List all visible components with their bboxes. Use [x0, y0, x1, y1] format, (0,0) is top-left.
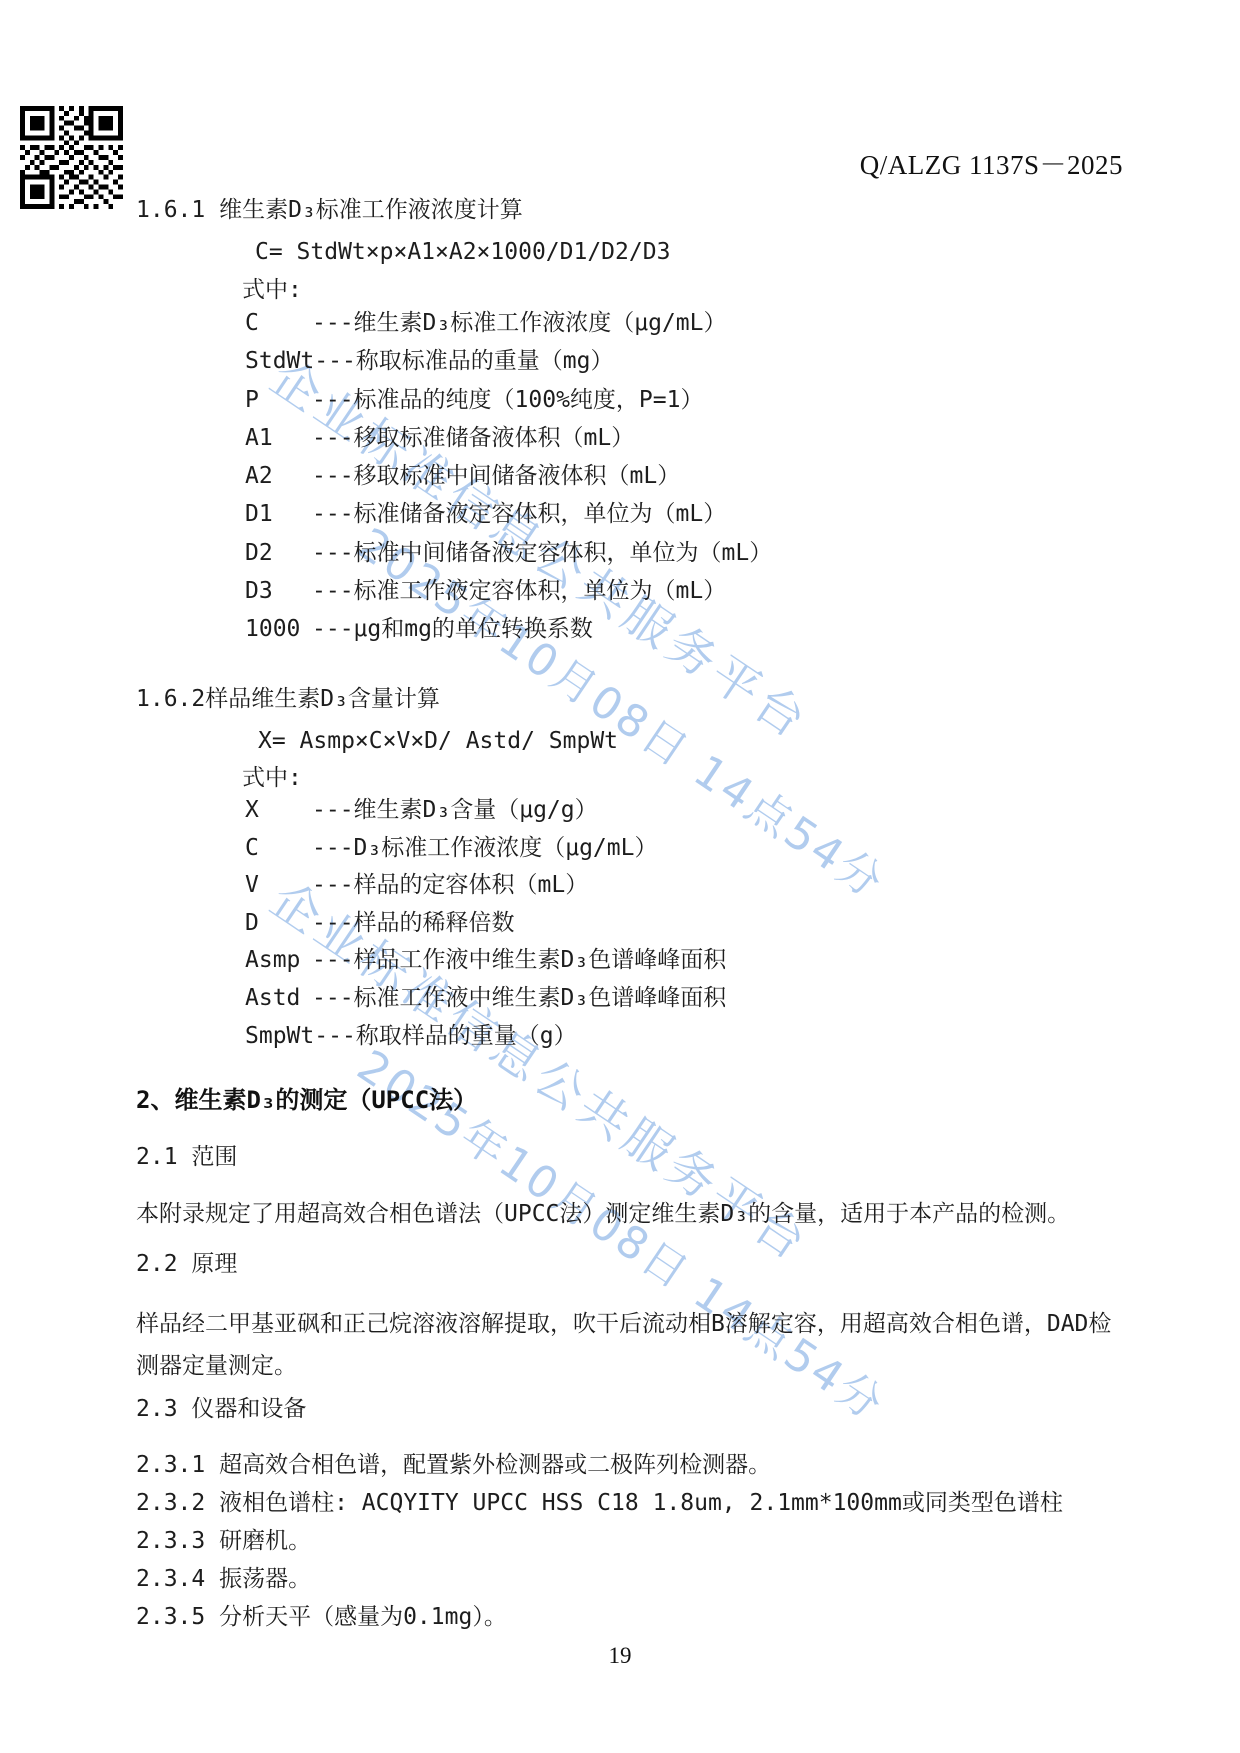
page-number: 19 [0, 1643, 1240, 1669]
definition-term: A2 [245, 457, 312, 495]
definition-term: StdWt [245, 342, 314, 380]
definition-term: C [245, 304, 312, 342]
definition-row: Astd---标准工作液中维生素D₃色谱峰峰面积 [245, 980, 726, 1018]
section-23-item: 2.3.2 液相色谱柱: ACQYITY UPCC HSS C18 1.8um,… [136, 1484, 1136, 1522]
definition-desc: ---标准工作液中维生素D₃色谱峰峰面积 [312, 985, 726, 1011]
section-162-definition-list: X---维生素D₃含量（μg/g） C---D₃标准工作液浓度（μg/mL） V… [245, 792, 726, 1055]
definition-desc: ---样品工作液中维生素D₃色谱峰峰面积 [312, 947, 726, 973]
section-23-item: 2.3.4 振荡器。 [136, 1560, 1136, 1598]
section-21-text: 本附录规定了用超高效合相色谱法（UPCC法）测定维生素D₃的含量，适用于本产品的… [136, 1193, 1126, 1235]
definition-row: 1000---μg和mg的单位转换系数 [245, 610, 772, 648]
definition-row: X---维生素D₃含量（μg/g） [245, 792, 726, 830]
definition-desc: ---移取标准中间储备液体积（mL） [312, 463, 680, 489]
definition-term: Asmp [245, 942, 312, 980]
definition-row: Asmp---样品工作液中维生素D₃色谱峰峰面积 [245, 942, 726, 980]
definition-row: A2---移取标准中间储备液体积（mL） [245, 457, 772, 495]
definition-term: D2 [245, 534, 312, 572]
definition-term: 1000 [245, 610, 312, 648]
definition-desc: ---样品的定容体积（mL） [312, 872, 588, 898]
doc-number: Q/ALZG 1137S－2025 [860, 143, 1123, 182]
section-23-item: 2.3.3 研磨机。 [136, 1522, 1136, 1560]
definition-row: D3---标准工作液定容体积，单位为（mL） [245, 572, 772, 610]
section-161-where-label: 式中: [242, 276, 302, 304]
definition-row: P---标准品的纯度（100%纯度，P=1） [245, 381, 772, 419]
definition-row: StdWt---称取标准品的重量（mg） [245, 342, 772, 380]
document-page: 企业标准信息公共服务平台 2025年10月08日 14点54分 企业标准信息公共… [0, 0, 1240, 1753]
definition-term: C [245, 830, 312, 868]
definition-term: SmpWt [245, 1018, 314, 1056]
definition-term: Astd [245, 980, 312, 1018]
definition-row: D---样品的稀释倍数 [245, 905, 726, 943]
definition-desc: ---标准储备液定容体积，单位为（mL） [312, 501, 726, 527]
section-23-item: 2.3.1 超高效合相色谱，配置紫外检测器或二极阵列检测器。 [136, 1446, 1136, 1484]
section-161-formula: C= StdWt×p×A1×A2×1000/D1/D2/D3 [255, 238, 670, 266]
definition-row: C---D₃标准工作液浓度（μg/mL） [245, 830, 726, 868]
section-23-item-list: 2.3.1 超高效合相色谱，配置紫外检测器或二极阵列检测器。 2.3.2 液相色… [136, 1446, 1136, 1636]
definition-term: D1 [245, 495, 312, 533]
definition-desc: ---标准工作液定容体积，单位为（mL） [312, 578, 726, 604]
definition-row: V---样品的定容体积（mL） [245, 867, 726, 905]
definition-desc: ---维生素D₃含量（μg/g） [312, 797, 598, 823]
definition-row: C---维生素D₃标准工作液浓度（μg/mL） [245, 304, 772, 342]
definition-term: X [245, 792, 312, 830]
section-162-where-label: 式中: [242, 764, 302, 792]
definition-row: A1---移取标准储备液体积（mL） [245, 419, 772, 457]
definition-row: D2---标准中间储备液定容体积，单位为（mL） [245, 534, 772, 572]
section-161-definition-list: C---维生素D₃标准工作液浓度（μg/mL） StdWt---称取标准品的重量… [245, 304, 772, 649]
section-21-heading: 2.1 范围 [136, 1143, 237, 1171]
definition-desc: ---称取标准品的重量（mg） [314, 348, 613, 374]
definition-desc: ---标准中间储备液定容体积，单位为（mL） [312, 540, 772, 566]
section-161-heading: 1.6.1 维生素D₃标准工作液浓度计算 [136, 196, 523, 224]
section-22-heading: 2.2 原理 [136, 1250, 237, 1278]
definition-term: D3 [245, 572, 312, 610]
definition-term: A1 [245, 419, 312, 457]
definition-term: V [245, 867, 312, 905]
definition-desc: ---标准品的纯度（100%纯度，P=1） [312, 387, 703, 413]
section-23-item: 2.3.5 分析天平（感量为0.1mg）。 [136, 1598, 1136, 1636]
section-22-text: 样品经二甲基亚砜和正己烷溶液溶解提取，吹干后流动相B溶解定容，用超高效合相色谱，… [136, 1303, 1126, 1387]
qr-code-image [20, 106, 123, 209]
definition-row: D1---标准储备液定容体积，单位为（mL） [245, 495, 772, 533]
qr-code [20, 106, 123, 209]
definition-term: P [245, 381, 312, 419]
definition-desc: ---维生素D₃标准工作液浓度（μg/mL） [312, 310, 726, 336]
definition-desc: ---移取标准储备液体积（mL） [312, 425, 634, 451]
section-2-heading: 2、维生素D₃的测定（UPCC法） [136, 1086, 477, 1114]
section-162-heading: 1.6.2样品维生素D₃含量计算 [136, 685, 440, 713]
section-23-heading: 2.3 仪器和设备 [136, 1395, 306, 1423]
definition-desc: ---D₃标准工作液浓度（μg/mL） [312, 835, 657, 861]
definition-term: D [245, 905, 312, 943]
section-162-formula: X= Asmp×C×V×D/ Astd/ SmpWt [258, 727, 618, 755]
definition-desc: ---称取样品的重量（g） [314, 1023, 576, 1049]
definition-desc: ---样品的稀释倍数 [312, 910, 515, 936]
definition-row: SmpWt---称取样品的重量（g） [245, 1018, 726, 1056]
definition-desc: ---μg和mg的单位转换系数 [312, 616, 593, 642]
